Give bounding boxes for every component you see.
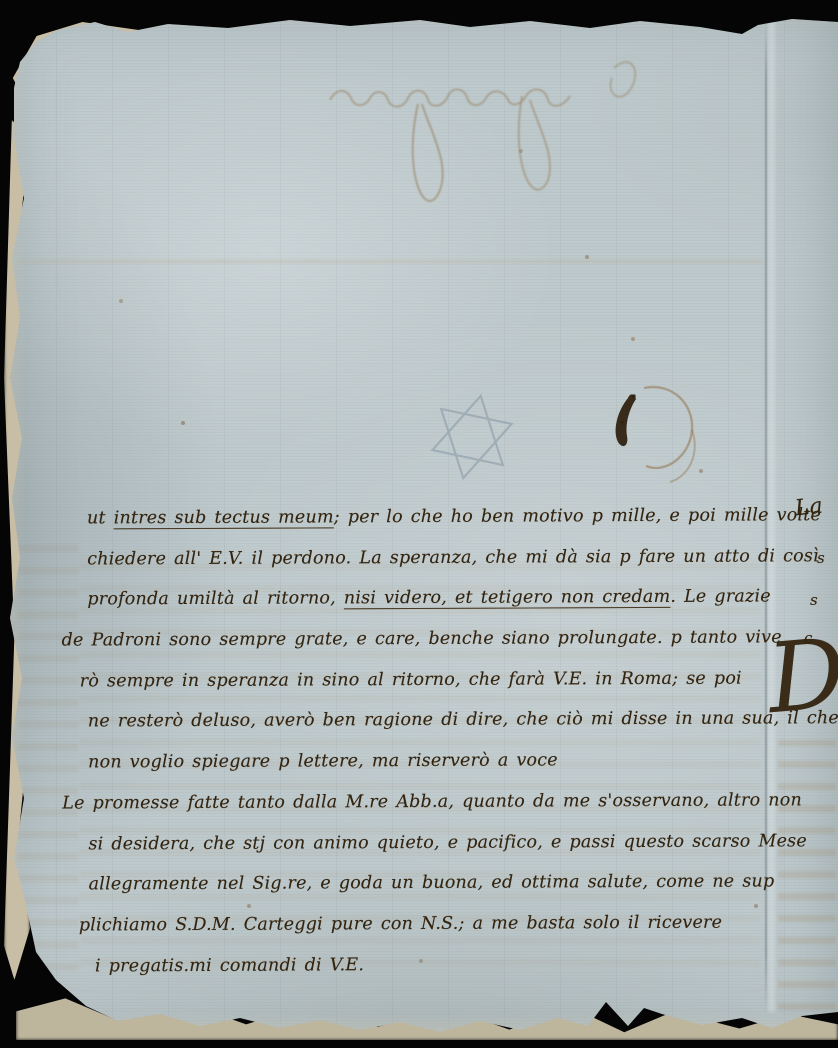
letter-line: de Padroni sono sempre grate, e care, be… (59, 618, 771, 662)
letter-line: ut intres sub tectus meum; per lo che ho… (59, 495, 771, 539)
letter-line: ne resterò deluso, averò ben ragione di … (60, 699, 772, 743)
letter-line: si desidera, che stj con animo quieto, e… (60, 821, 772, 865)
letter-line: plichiamo S.D.M. Carteggi pure con N.S.;… (61, 902, 773, 946)
facing-page-fragment: s (810, 591, 818, 609)
letter-line: chiedere all' E.V. il perdono. La speran… (59, 536, 771, 580)
facing-page-fragment: s (817, 549, 825, 567)
letter-body-text: ut intres sub tectus meum; per lo che ho… (59, 495, 773, 986)
star-watermark-icon (422, 385, 522, 489)
manuscript-scan: ut intres sub tectus meum; per lo che ho… (0, 0, 838, 1048)
letter-line: rò sempre in speranza in sino al ritorno… (60, 658, 772, 702)
letter-line: allegramente nel Sig.re, e goda un buona… (61, 862, 773, 906)
letter-line: profonda umiltà al ritorno, nisi videro,… (59, 577, 771, 621)
facing-page-fragment: La (794, 494, 824, 522)
facing-page-initial-flourish: D (764, 625, 838, 727)
letter-line: i pregatis.mi comandi di V.E. (61, 943, 773, 987)
mirror-showthrough-writing (326, 38, 646, 258)
ink-showthrough (778, 740, 836, 1010)
ink-stain (598, 382, 728, 492)
letter-line: non voglio spiegare p lettere, ma riserv… (60, 740, 772, 784)
horizontal-crease (18, 260, 763, 263)
foxing-specks (0, 0, 2, 2)
letter-page: ut intres sub tectus meum; per lo che ho… (0, 0, 838, 1048)
letter-line: Le promesse fatte tanto dalla M.re Abb.a… (60, 780, 772, 824)
